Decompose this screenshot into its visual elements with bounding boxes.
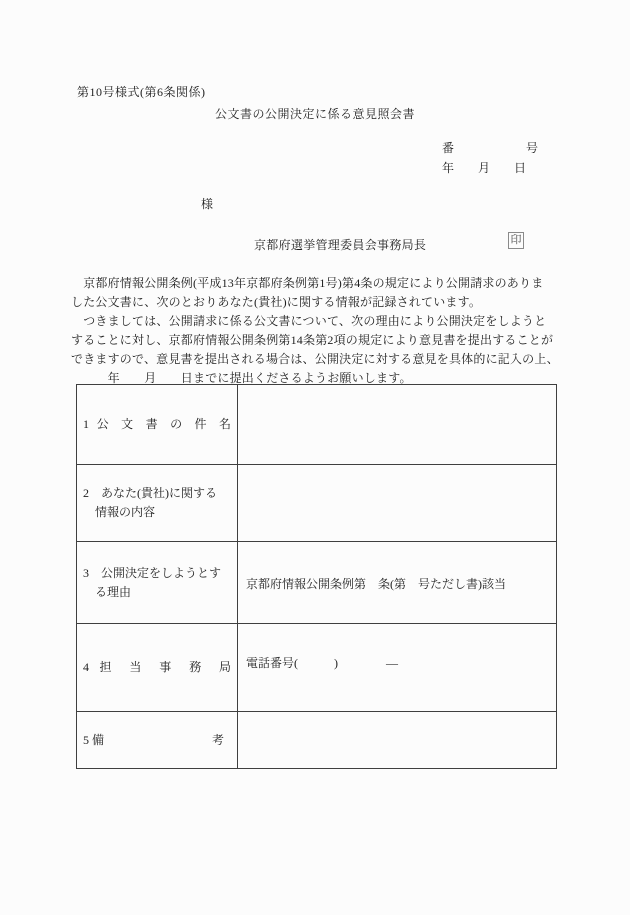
body-line: することに対し、京都府情報公開条例第14条第2項の規定により意見書を提出すること… [71,331,571,350]
table-row-disclosure-reason: 3 公開決定をしようとす る理由 京都府情報公開条例第 条(第 号ただし書)該当 [77,542,557,624]
sender-title: 京都府選挙管理委員会事務局長 [254,236,426,253]
body-line: した公文書に、次のとおりあなた(貴社)に関する情報が記録されています。 [71,293,571,312]
form-number: 第10号様式(第6条関係) [77,83,206,100]
document-page: 第10号様式(第6条関係) 公文書の公開決定に係る意見照会書 番 号 年 月 日… [0,0,630,915]
row-content-your-information [238,465,557,542]
table-row-responsible-office: 4 担 当 事 務 局 電話番号( ) ― [77,624,557,712]
table-row-remarks: 5 備 考 [77,712,557,769]
body-line: つきましては、公開請求に係る公文書について、次の理由により公開決定をしようと [71,312,571,331]
date-line: 年 月 日 [442,159,526,176]
document-title: 公文書の公開決定に係る意見照会書 [0,105,630,122]
row-label-disclosure-reason: 3 公開決定をしようとす る理由 [77,542,238,624]
body-paragraphs: 京都府情報公開条例(平成13年京都府条例第1号)第4条の規定により公開請求のあり… [71,274,571,388]
addressee-sama: 様 [201,195,213,212]
row-label-document-name: 1 公 文 書 の 件 名 [77,385,238,465]
row-content-disclosure-reason: 京都府情報公開条例第 条(第 号ただし書)該当 [238,542,557,624]
body-line: できますので、意見書を提出される場合は、公開決定に対する意見を具体的に記入の上、 [71,350,571,369]
seal-stamp-box: 印 [508,232,524,249]
form-table: 1 公 文 書 の 件 名 2 あなた(貴社)に関する 情報の内容 3 公開決定… [76,384,557,769]
table-row-your-information: 2 あなた(貴社)に関する 情報の内容 [77,465,557,542]
row-label-remarks: 5 備 考 [77,712,238,769]
row-content-phone-number: 電話番号( ) ― [238,624,557,712]
row-content-remarks [238,712,557,769]
reference-number-line: 番 号 [442,139,538,156]
row-content-document-name [238,385,557,465]
body-line: 京都府情報公開条例(平成13年京都府条例第1号)第4条の規定により公開請求のあり… [71,274,571,293]
row-label-responsible-office: 4 担 当 事 務 局 [77,624,238,712]
row-label-your-information: 2 あなた(貴社)に関する 情報の内容 [77,465,238,542]
table-row-document-name: 1 公 文 書 の 件 名 [77,385,557,465]
